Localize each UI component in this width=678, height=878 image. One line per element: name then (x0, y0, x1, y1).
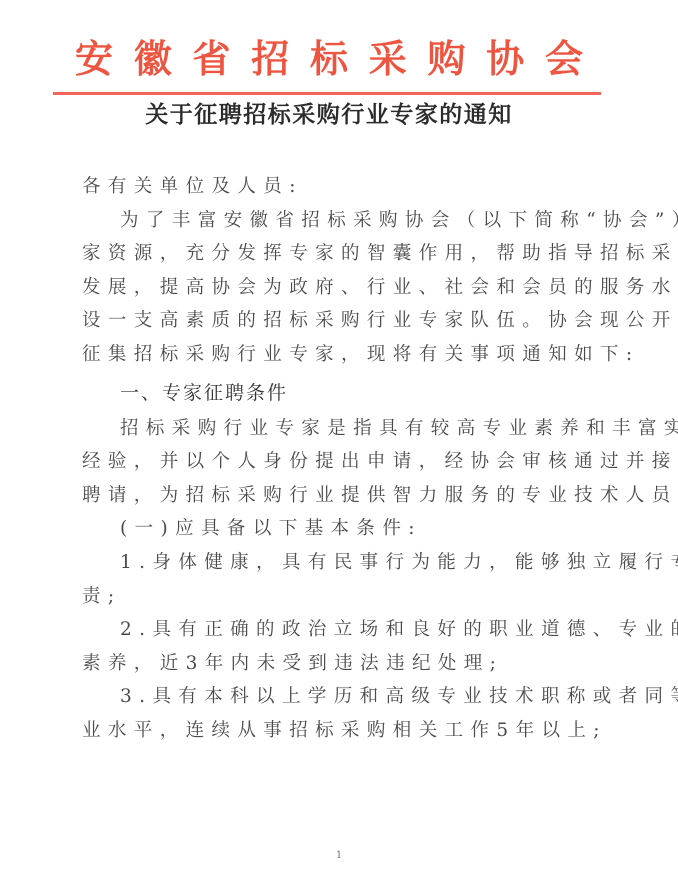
document-title: 关于征聘招标采购行业专家的通知 (128, 100, 530, 130)
list-item-line: 1.身体健康，具有民事行为能力，能够独立履行专家职 (82, 546, 582, 580)
paragraph-line: 家资源，充分发挥专家的智囊作用，帮助指导招标采购行业 (82, 237, 582, 271)
letterhead-char: 协 (485, 34, 525, 84)
document-body: 各有关单位及人员: 为了丰富安徽省招标采购协会（以下简称“协会”）专 家资源，充… (82, 170, 582, 748)
organization-letterhead: 安 徽 省 招 标 采 购 协 会 (74, 34, 584, 84)
letterhead-char: 省 (192, 34, 232, 84)
list-item-line: 责; (82, 580, 582, 614)
letterhead-divider (53, 92, 601, 95)
paragraph-line: 聘请，为招标采购行业提供智力服务的专业技术人员: (82, 479, 582, 513)
page-number: 1 (330, 850, 348, 861)
paragraph-line: 招标采购行业专家是指具有较高专业素养和丰富实践 (82, 412, 582, 446)
letterhead-char: 招 (250, 34, 290, 84)
list-item-line: 2.具有正确的政治立场和良好的职业道德、专业的学术 (82, 613, 582, 647)
paragraph-line: 经验，并以个人身份提出申请，经协会审核通过并接受协会 (82, 445, 582, 479)
salutation: 各有关单位及人员: (82, 170, 582, 204)
paragraph-line: 征集招标采购行业专家，现将有关事项通知如下: (82, 338, 582, 372)
list-item-line: 素养，近3年内未受到违法违纪处理; (82, 647, 582, 681)
letterhead-char: 采 (368, 34, 408, 84)
document-page: 安 徽 省 招 标 采 购 协 会 关于征聘招标采购行业专家的通知 各有关单位及… (0, 0, 678, 878)
letterhead-char: 会 (544, 34, 584, 84)
letterhead-char: 安 (74, 34, 114, 84)
letterhead-char: 标 (309, 34, 349, 84)
list-item-line: 3.具有本科以上学历和高级专业技术职称或者同等专 (82, 680, 582, 714)
letterhead-char: 购 (427, 34, 467, 84)
subsection-heading: (一)应具备以下基本条件: (82, 512, 582, 546)
paragraph-line: 发展，提高协会为政府、行业、社会和会员的服务水平，建 (82, 271, 582, 305)
paragraph-line: 设一支高素质的招标采购行业专家队伍。协会现公开向社会 (82, 304, 582, 338)
paragraph-line: 为了丰富安徽省招标采购协会（以下简称“协会”）专 (82, 204, 582, 238)
list-item-line: 业水平，连续从事招标采购相关工作5年以上; (82, 714, 582, 748)
section-heading: 一、专家征聘条件 (82, 374, 582, 412)
letterhead-char: 徽 (133, 34, 173, 84)
